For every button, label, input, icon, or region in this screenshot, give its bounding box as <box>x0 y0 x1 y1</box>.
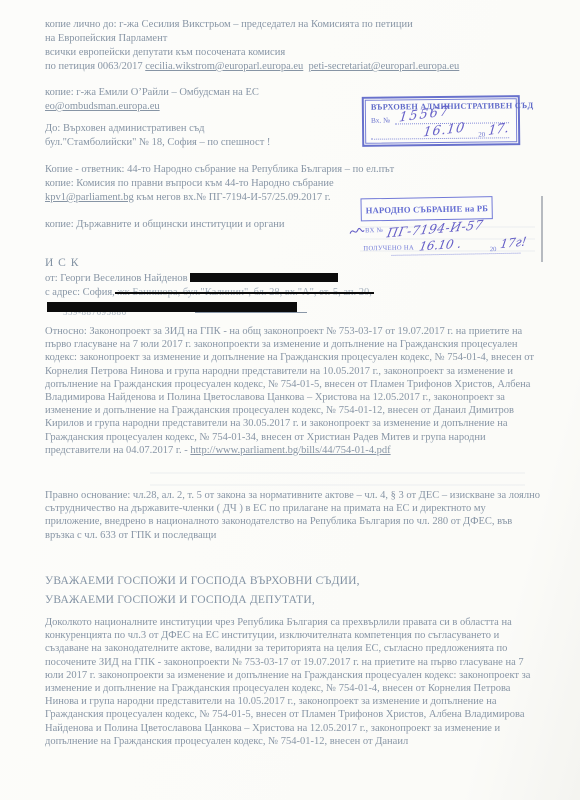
redaction-bar <box>47 302 297 312</box>
bill-url-link: http://www.parliament.bg/bills/44/754-01… <box>190 445 390 456</box>
petition-line: по петиция 0063/2017 cecilia.wikstrom@eu… <box>45 60 542 74</box>
claimant-line: от: Георги Веселинов Найденов <box>45 272 542 286</box>
redaction-bar <box>190 273 338 283</box>
respondent-ref-text: към негов вх.№ ПГ-7194-И-57/25.09.2017 г… <box>134 192 331 203</box>
address-label: с адрес: София, <box>45 287 117 298</box>
email-link-peti-secretariat: peti-secretariat@europarl.europa.eu <box>309 61 460 72</box>
salutation-line-1: УВАЖАЕМИ ГОСПОЖИ И ГОСПОДА ВЪРХОВНИ СЪДИ… <box>45 572 542 591</box>
email-link-cecilia: cecilia.wikstrom@europarl.europa.eu <box>145 61 303 72</box>
salutation-block: УВАЖАЕМИ ГОСПОЖИ И ГОСПОДА ВЪРХОВНИ СЪДИ… <box>45 572 542 609</box>
redacted-underline-fragment <box>195 312 307 313</box>
petition-number-text: по петиция 0063/2017 <box>45 61 145 72</box>
court-line-2: бул."Стамболийски" № 18, София – по спеш… <box>45 136 542 150</box>
email-link-ombudsman: eo@ombudsman.europa.eu <box>45 101 160 112</box>
respondent-line-1: Копие - ответник: 44-то Народно събрание… <box>45 163 542 177</box>
struck-address-text: жк Банишора, бул."Калинин", бл. 28, вх."… <box>117 287 371 298</box>
redacted-contact-line: 359-887695886 <box>45 302 542 317</box>
recipients-block: копие лично до: г-жа Сесилия Викстрьом –… <box>45 18 542 74</box>
body-paragraph: Доколкото националните институции чрез Р… <box>45 616 542 748</box>
claim-block: И С К от: Георги Веселинов Найденов с ад… <box>45 256 542 317</box>
court-line-1: До: Върховен административен съд <box>45 122 542 136</box>
copy-line-1: копие лично до: г-жа Сесилия Викстрьом –… <box>45 18 542 32</box>
subject-text: Относно: Законопроект за ЗИД на ГПК - на… <box>45 326 534 456</box>
claimant-name-text: от: Георги Веселинов Найденов <box>45 273 190 284</box>
legal-basis-paragraph: Правно основание: чл.28, ал. 2, т. 5 от … <box>45 489 542 542</box>
scanned-document-page: копие лично до: г-жа Сесилия Викстрьом –… <box>0 0 580 800</box>
copy-line-2: на Европейския Парламент <box>45 32 542 46</box>
stamp-assembly-title: НАРОДНО СЪБРАНИЕ на РБ <box>366 203 489 215</box>
legal-basis-text: Правно основание: чл.28, ал. 2, т. 5 от … <box>45 490 540 541</box>
salutation-line-2: УВАЖАЕМИ ГОСПОЖИ И ГОСПОДА ДЕПУТАТИ, <box>45 591 542 610</box>
bleed-through-text <box>360 226 535 254</box>
body-text: Доколкото националните институции чрез Р… <box>45 617 530 747</box>
court-address-block: До: Върховен административен съд бул."Ст… <box>45 122 542 150</box>
claim-title: И С К <box>45 256 542 270</box>
subject-paragraph: Относно: Законопроект за ЗИД на ГПК - на… <box>45 325 542 457</box>
respondent-line-2: копие: Комисия по правни въпроси към 44-… <box>45 177 542 191</box>
copy-line-3: всички европейски депутати към посоченат… <box>45 46 542 60</box>
claimant-address-line: с адрес: София, жк Банишора, бул."Калини… <box>45 286 542 300</box>
email-link-parliament: kpv1@parliament.bg <box>45 192 134 203</box>
